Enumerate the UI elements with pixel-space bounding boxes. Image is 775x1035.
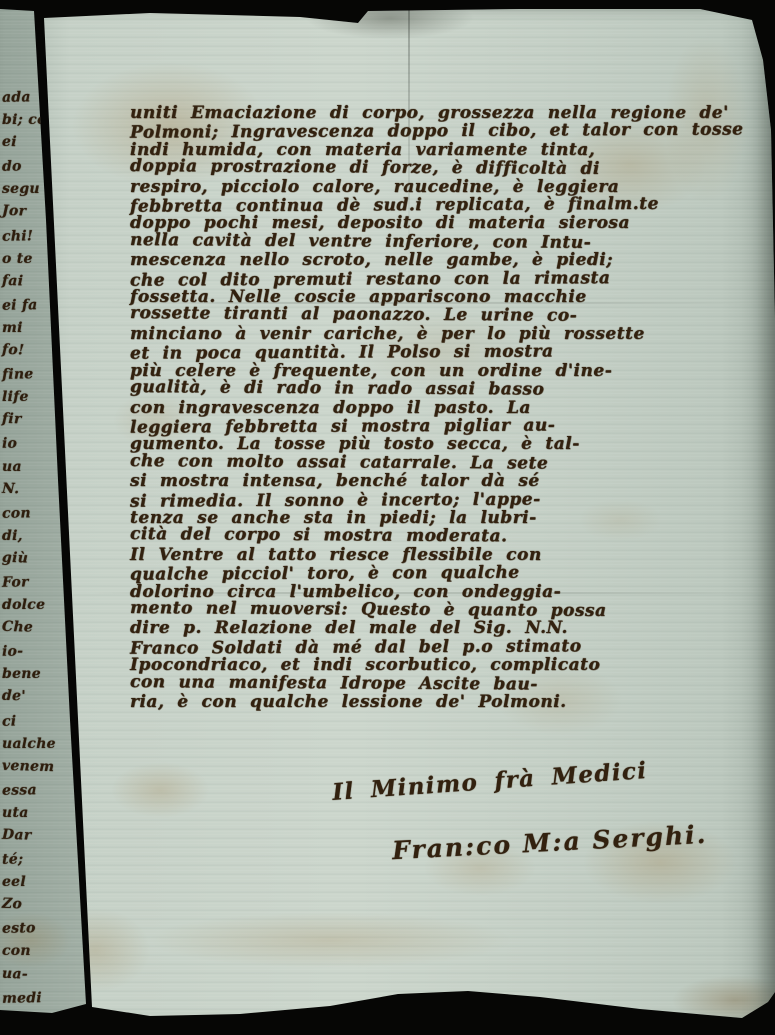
manuscript-page: uniti Emaciazione di corpo, grossezza ne… — [0, 0, 775, 1035]
manuscript-photo: adabi; coneidoseguJorchi!o tefaiei famif… — [0, 0, 775, 1035]
fragment-line: ua- — [2, 962, 95, 987]
manuscript-line: ria, è con qualche lessione de' Polmoni. — [130, 693, 772, 711]
fragment-line: esto — [2, 917, 94, 942]
manuscript-line: nella cavità del ventre inferiore, con I… — [130, 231, 772, 253]
fragment-line: eel — [2, 871, 94, 894]
manuscript-line: con una manifesta Idrope Ascite bau- — [130, 673, 772, 695]
manuscript-line: si rimedia. Il sonno è incerto; l'appe- — [130, 489, 772, 511]
manuscript-line: leggiera febbretta si mostra pigliar au- — [130, 415, 772, 437]
manuscript-line: qualche picciol' toro, è con qualche — [130, 562, 772, 584]
manuscript-line: mento nel muoversi: Questo è quanto poss… — [130, 599, 772, 621]
manuscript-line: respiro, picciolo calore, raucedine, è l… — [130, 178, 772, 196]
fragment-line: con — [2, 940, 94, 963]
fragment-line: té; — [2, 847, 94, 872]
manuscript-line: si mostra intensa, benché talor dà sé — [130, 472, 772, 490]
manuscript-line: Franco Soldati dà mé dal bel p.o stimato — [130, 636, 772, 658]
manuscript-line: che con molto assai catarrale. La sete — [130, 452, 772, 474]
manuscript-line: con ingravescenza doppo il pasto. La — [130, 399, 772, 417]
manuscript-line: rossette tiranti al paonazzo. Le urine c… — [130, 305, 772, 327]
manuscript-line: febbretta continua dè sud.i replicata, è… — [130, 194, 772, 216]
manuscript-line: che col dito premuti restano con la rima… — [130, 268, 772, 290]
manuscript-line: Polmoni; Ingravescenza doppo il cibo, et… — [130, 121, 772, 143]
fragment-line: medi — [2, 986, 94, 1011]
signature-name: Fran:co M:a Serghi. — [391, 820, 708, 865]
manuscript-line: gualità, è di rado in rado assai basso — [130, 378, 772, 400]
manuscript-body-text: uniti Emaciazione di corpo, grossezza ne… — [130, 104, 772, 711]
manuscript-line: et in poca quantità. Il Polso si mostra — [130, 342, 772, 364]
manuscript-line: doppia prostrazione di forze, è difficol… — [130, 157, 772, 179]
fragment-line: essa — [2, 778, 94, 803]
manuscript-line: mescenza nello scroto, nelle gambe, è pi… — [130, 251, 772, 269]
manuscript-line: Il Ventre al tatto riesce flessibile con — [130, 546, 772, 564]
fragment-line: uta — [2, 802, 94, 825]
fragment-line: Zo — [2, 893, 95, 918]
fragment-line: Dar — [2, 824, 95, 849]
manuscript-line: cità del corpo si mostra moderata. — [130, 525, 772, 547]
manuscript-line: minciano à venir cariche, è per lo più r… — [130, 325, 772, 343]
manuscript-line: dire p. Relazione del male del Sig. N.N. — [130, 619, 772, 637]
signature-phrase: Il Minimo frà Medici — [331, 757, 648, 806]
